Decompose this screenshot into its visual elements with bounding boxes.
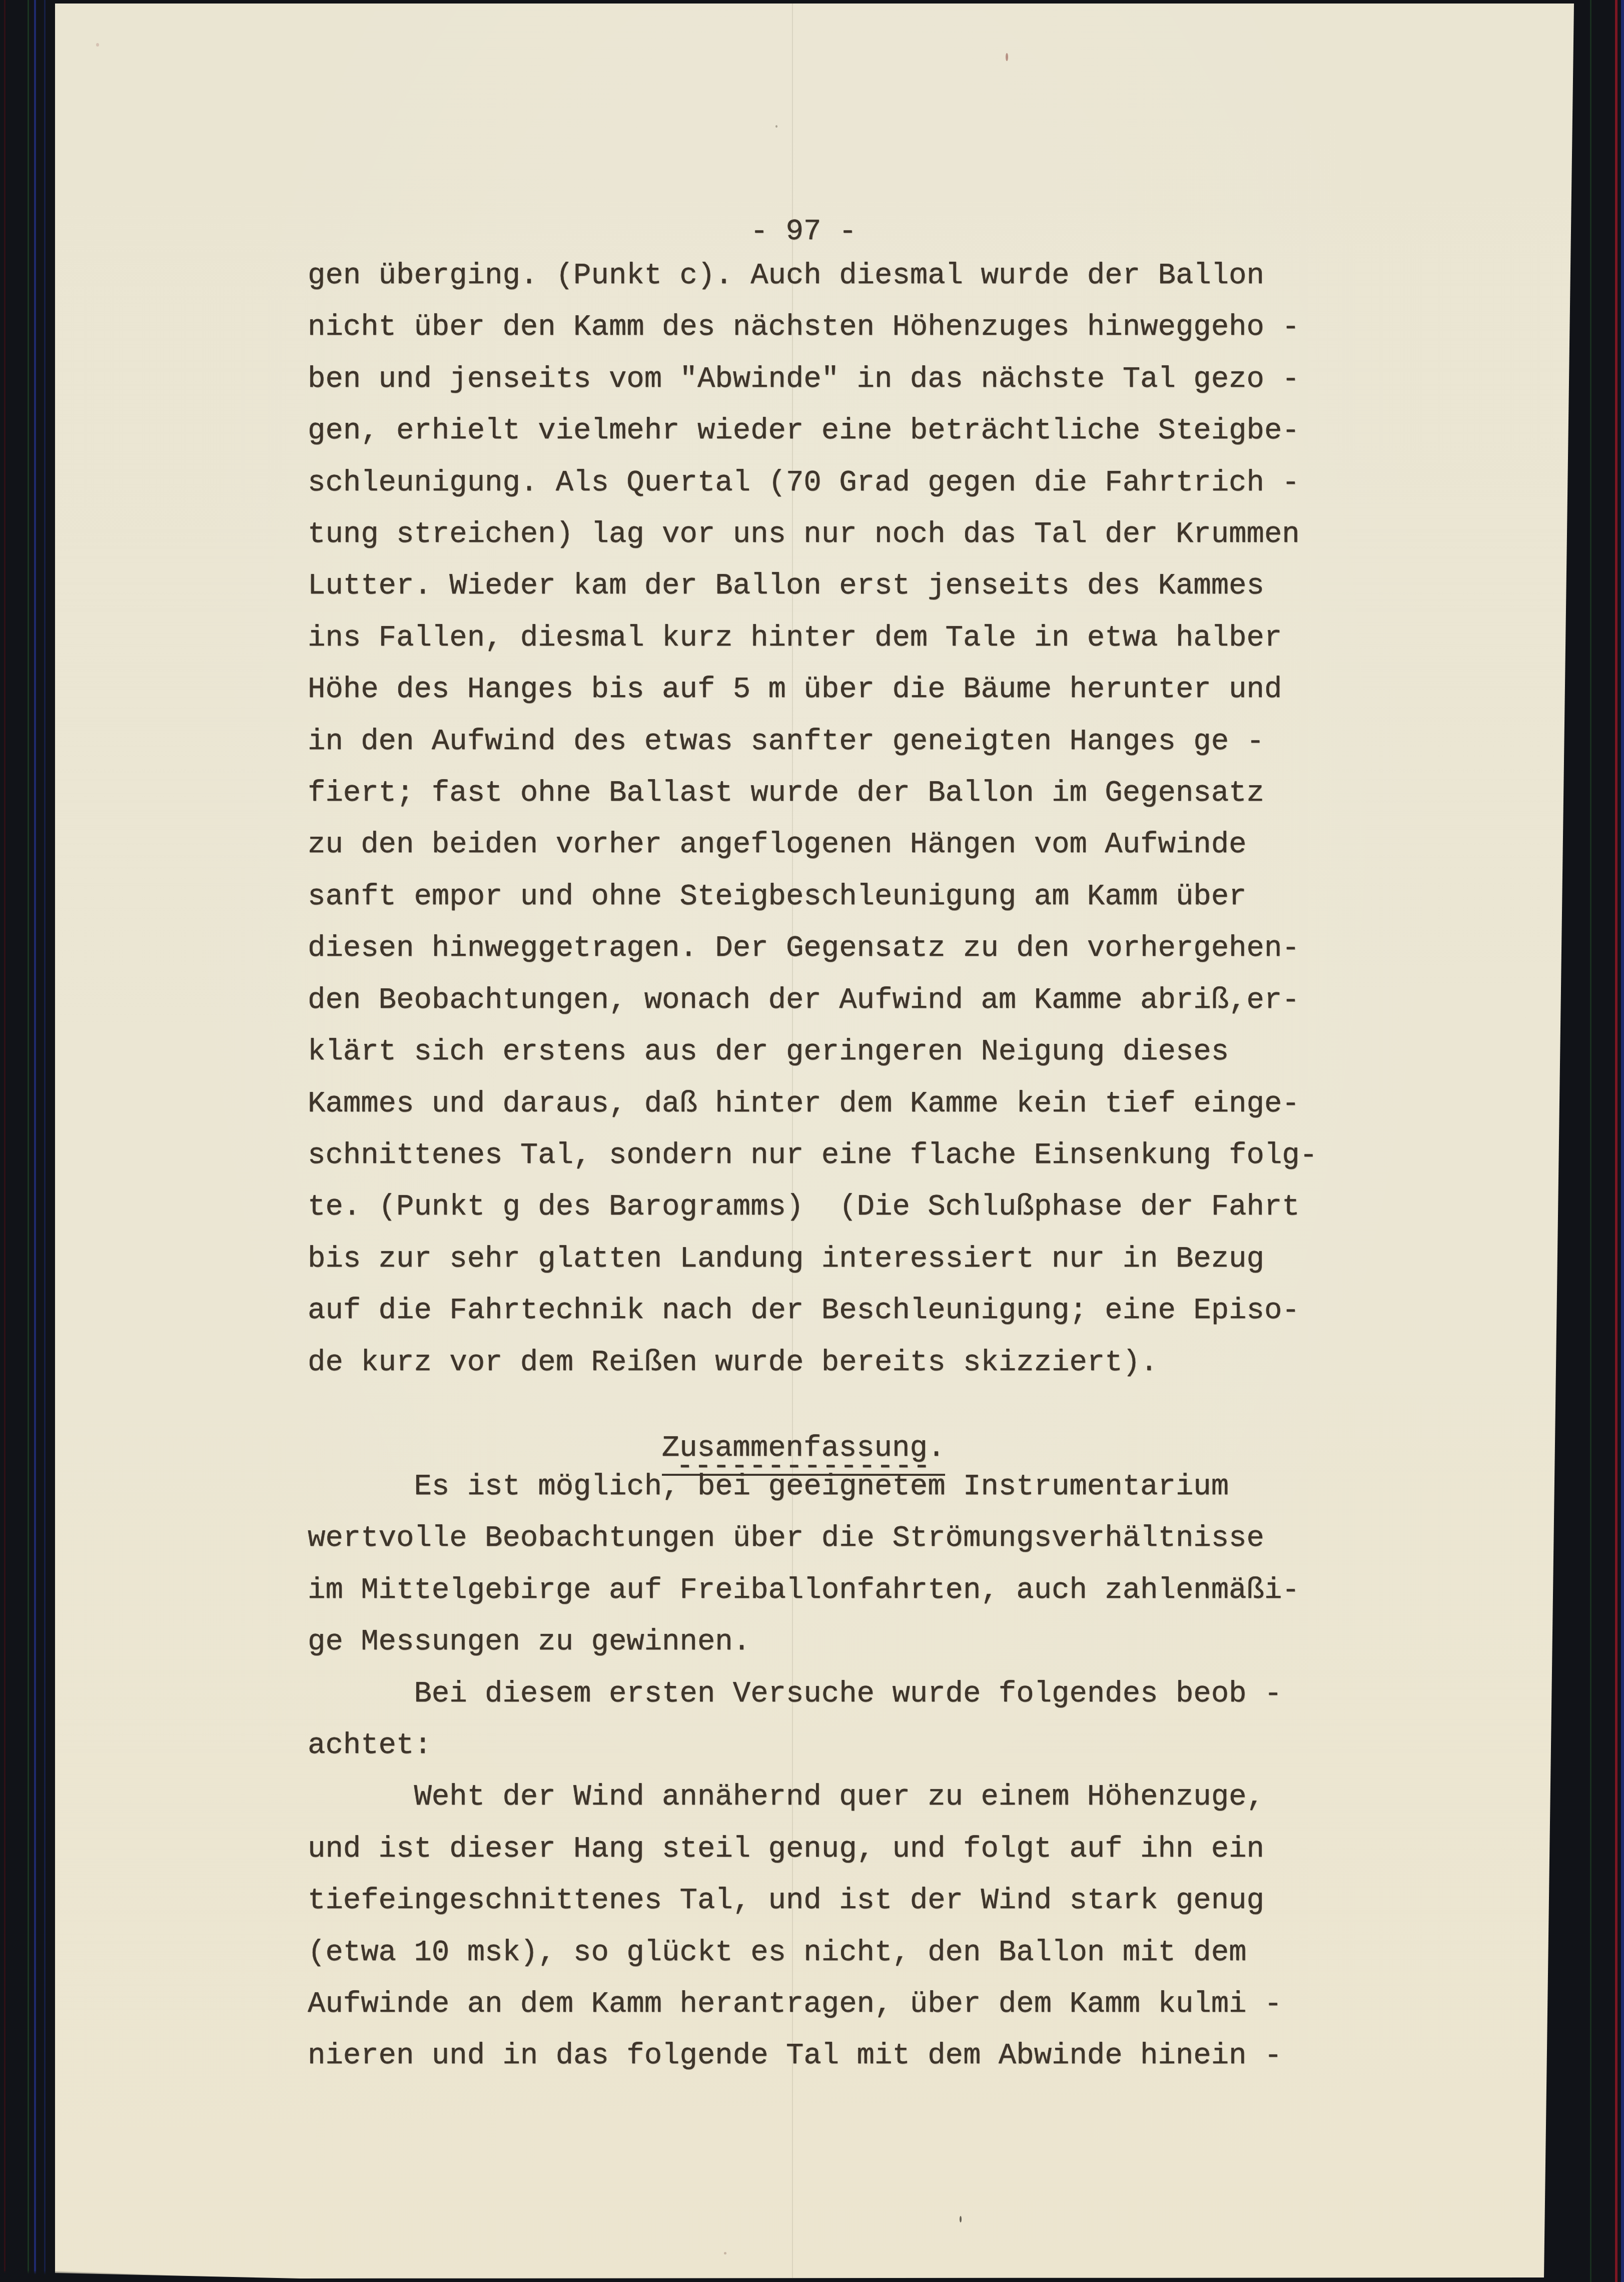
text-line: tiefeingeschnittenes Tal, und ist der Wi… [308,1875,1299,1926]
text-line: nieren und in das folgende Tal mit dem A… [308,2030,1299,2081]
scanner-stripe-right-blue [1621,0,1624,2282]
document-page: - 97 - gen überging. (Punkt c). Auch die… [0,0,1624,2282]
text-line: ben und jenseits vom "Abwinde" in das nä… [308,353,1299,405]
paper-speck [775,125,777,128]
scanner-stripe-right-red [1615,0,1617,2282]
text-line: bis zur sehr glatten Landung interessier… [308,1233,1299,1285]
text-line: diesen hinweggetragen. Der Gegensatz zu … [308,922,1299,974]
text-line: fiert; fast ohne Ballast wurde der Ballo… [308,767,1299,819]
text-line: wertvolle Beobachtungen über die Strömun… [308,1512,1299,1564]
text-line: und ist dieser Hang steil genug, und fol… [308,1823,1299,1875]
sheet-bottom-edge-shadow [0,2271,310,2282]
text-line: ge Messungen zu gewinnen. [308,1616,1299,1667]
text-line: tung streichen) lag vor uns nur noch das… [308,508,1299,560]
main-paragraph: gen überging. (Punkt c). Auch diesmal wu… [308,250,1299,1388]
text-line: im Mittelgebirge auf Freiballonfahrten, … [308,1564,1299,1616]
text-line: ins Fallen, diesmal kurz hinter dem Tale… [308,612,1299,664]
text-line: gen, erhielt vielmehr wieder eine beträc… [308,405,1299,456]
paper-speck [724,2252,726,2254]
text-line: de kurz vor dem Reißen wurde bereits ski… [308,1337,1299,1388]
typewritten-text: - 97 - gen überging. (Punkt c). Auch die… [0,0,1624,2282]
text-line: in den Aufwind des etwas sanfter geneigt… [308,716,1299,767]
paper-speck [96,43,99,47]
scanner-stripe-left-blue-2 [44,0,46,2282]
paper-speck [960,2216,962,2222]
text-line: (etwa 10 msk), so glückt es nicht, den B… [308,1927,1299,1978]
text-line: gen überging. (Punkt c). Auch diesmal wu… [308,250,1299,301]
text-line: sanft empor und ohne Steigbeschleunigung… [308,871,1299,922]
text-line: schleunigung. Als Quertal (70 Grad gegen… [308,457,1299,508]
text-line: klärt sich erstens aus der geringeren Ne… [308,1026,1299,1077]
text-line: den Beobachtungen, wonach der Aufwind am… [308,974,1299,1026]
text-line: nicht über den Kamm des nächsten Höhenzu… [308,301,1299,353]
text-line: Es ist möglich, bei geeignetem Instrumen… [308,1461,1299,1512]
scanner-stripe-left-blue [34,0,36,2282]
paper-speck [1006,53,1008,61]
summary-paragraphs: Es ist möglich, bei geeignetem Instrumen… [308,1461,1299,2082]
text-line: Weht der Wind annähernd quer zu einem Hö… [308,1771,1299,1823]
text-line: zu den beiden vorher angeflogenen Hängen… [308,819,1299,870]
text-line: te. (Punkt g des Barogramms) (Die Schluß… [308,1181,1299,1233]
text-line: achtet: [308,1720,1299,1771]
scanner-stripe-left-green [28,0,29,2282]
text-line: Aufwinde an dem Kamm herantragen, über d… [308,1978,1299,2030]
text-line: auf die Fahrtechnik nach der Beschleunig… [308,1285,1299,1336]
scan-background: - 97 - gen überging. (Punkt c). Auch die… [0,0,1624,2282]
text-line: Bei diesem ersten Versuche wurde folgend… [308,1668,1299,1720]
scanner-stripe-right-green [1590,0,1591,2282]
text-line: Lutter. Wieder kam der Ballon erst jense… [308,560,1299,612]
text-line: Höhe des Hanges bis auf 5 m über die Bäu… [308,664,1299,715]
text-line: Kammes und daraus, daß hinter dem Kamme … [308,1078,1299,1129]
text-line: schnittenes Tal, sondern nur eine flache… [308,1129,1299,1181]
scanner-stripe-left-maroon [4,0,6,2282]
